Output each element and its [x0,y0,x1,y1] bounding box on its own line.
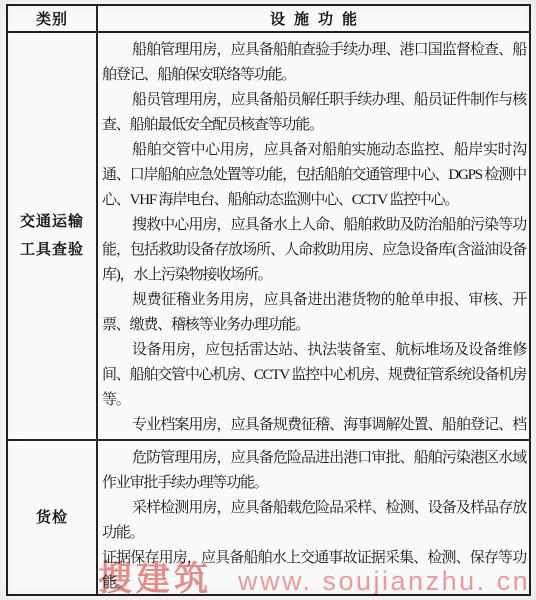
facility-paragraph-fee-collection: 规费征稽业务用房，应具备进出港货物的舱单申报、审核、开票、缴费、稽核等业务办理功… [102,288,526,338]
function-cell-transport-inspection: 船舶管理用房，应具备船舶查验手续办理、港口国监督检查、船舶登记、船舶保安联络等功… [98,33,529,441]
facility-paragraph-sampling-testing: 采样检测用房，应具备船载危险品采样、检测、设备及样品存放功能。 [102,496,526,546]
table-header-category: 类别 [8,6,98,33]
header-category-label: 类别 [36,8,68,29]
category-cell-transport-inspection: 交通运输 工具查验 [8,33,98,441]
category-cell-cargo-inspection: 货检 [8,441,98,594]
category-label-line: 工具查验 [20,236,84,264]
facility-paragraph-evidence-storage: 证据保存用房，应具备船舶水上交通事故证据采集、检测、保存等功能。 [102,546,526,594]
table-header-function: 设施功能 [98,6,529,33]
scanned-document-page: 类别 设施功能 交通运输 工具查验 船舶管理用房，应具备船舶查验手续办理、港口国… [0,0,536,600]
facility-paragraph-rescue-center: 搜救中心用房，应具备水上人命、船舶救助及防治船舶污染等功能，包括救助设备存放场所… [102,213,526,288]
facility-paragraph-archives: 专业档案用房，应具备规费征稽、海事调解处置、船舶登记、档案存放等功能 [102,413,526,441]
facility-function-table: 类别 设施功能 交通运输 工具查验 船舶管理用房，应具备船舶查验手续办理、港口国… [6,4,531,596]
facility-paragraph-crew-management: 船员管理用房，应具备船员解任职手续办理、船员证件制作与核查、船舶最低安全配员核查… [102,88,526,138]
facility-paragraph-vts-center: 船舶交管中心用房，应具备对船舶实施动态监控、船岸实时沟通、口岸船舶应急处置等功能… [102,138,526,213]
facility-paragraph-equipment-rooms: 设备用房，应包括雷达站、执法装备室、航标堆场及设备维修间、船舶交管中心机房、CC… [102,338,526,413]
facility-paragraph-ship-management: 船舶管理用房，应具备船舶查验手续办理、港口国监督检查、船舶登记、船舶保安联络等功… [102,38,526,88]
category-label-line: 货检 [36,504,68,532]
category-label-line: 交通运输 [20,208,84,236]
facility-paragraph-danger-prevention: 危防管理用房，应具备危险品进出港口审批、船舶污染港区水域作业审批手续办理等功能。 [102,446,526,496]
function-cell-cargo-inspection: 危防管理用房，应具备危险品进出港口审批、船舶污染港区水域作业审批手续办理等功能。… [98,441,529,594]
header-function-label: 设施功能 [261,8,366,29]
